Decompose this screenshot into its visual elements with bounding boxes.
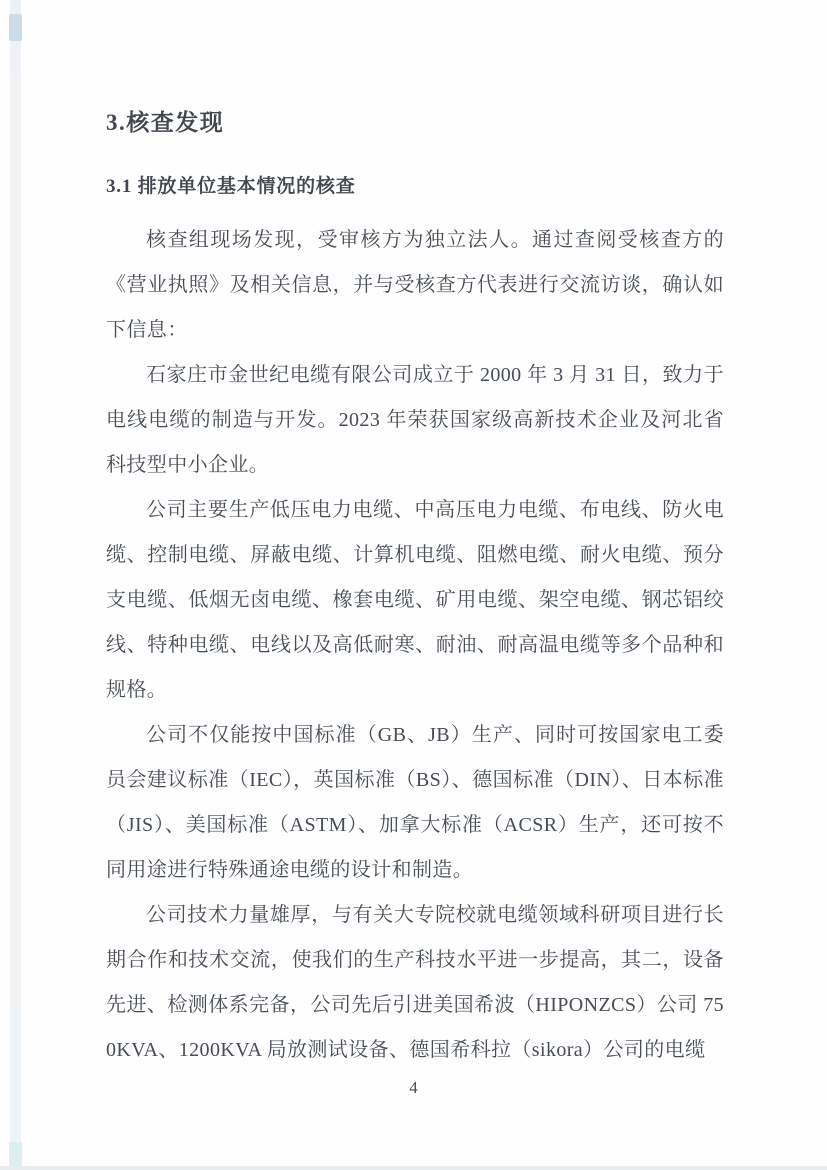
body-paragraph: 公司不仅能按中国标准（GB、JB）生产、同时可按国家电工委员会建议标准（IEC）…: [106, 713, 724, 893]
document-content: 3.核查发现 3.1 排放单位基本情况的核查 核查组现场发现，受审核方为独立法人…: [106, 104, 724, 1073]
section-heading: 3.核查发现: [106, 104, 724, 142]
document-page: 3.核查发现 3.1 排放单位基本情况的核查 核查组现场发现，受审核方为独立法人…: [0, 0, 827, 1170]
scan-artifact-blue-mark-top: [9, 14, 22, 41]
scan-artifact-left-strip: [10, 0, 21, 1170]
body-paragraph: 公司技术力量雄厚，与有关大专院校就电缆领域科研项目进行长期合作和技术交流，使我们…: [106, 893, 724, 1073]
subsection-heading: 3.1 排放单位基本情况的核查: [106, 172, 724, 202]
body-paragraph: 核查组现场发现，受审核方为独立法人。通过查阅受核查方的《营业执照》及相关信息，并…: [106, 218, 724, 353]
scan-artifact-bottom-edge: [0, 1166, 827, 1170]
body-paragraph: 石家庄市金世纪电缆有限公司成立于 2000 年 3 月 31 日，致力于电线电缆…: [106, 353, 724, 488]
paragraph-block: 核查组现场发现，受审核方为独立法人。通过查阅受核查方的《营业执照》及相关信息，并…: [106, 218, 724, 1073]
page-number: 4: [0, 1076, 827, 1100]
scan-artifact-blue-mark-bottom: [9, 1142, 22, 1166]
body-paragraph: 公司主要生产低压电力电缆、中高压电力电缆、布电线、防火电缆、控制电缆、屏蔽电缆、…: [106, 488, 724, 713]
